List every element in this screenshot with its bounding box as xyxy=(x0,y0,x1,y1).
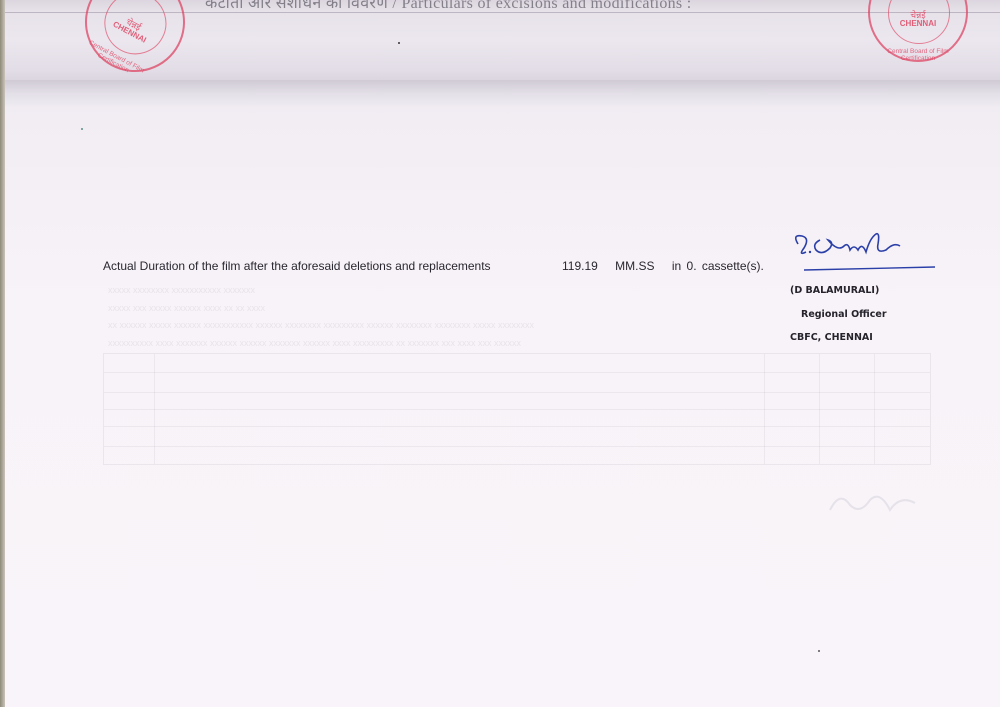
duration-value-line: 119.19 MM.SS in 0. cassette(s). xyxy=(562,259,776,273)
scan-speck xyxy=(818,650,820,652)
header-cutoff-text: कटौती और संशोधन का विवरण / Particulars o… xyxy=(205,0,855,13)
show-through-text: xxxxx xxx xxxxx xxxxxx xxxx xx xx xxxx xyxy=(108,303,265,313)
show-through-text: xxxxxxxxxx xxxx xxxxxxx xxxxxx xxxxxx xx… xyxy=(108,338,521,348)
officer-signature xyxy=(790,230,940,278)
show-through-table xyxy=(103,353,931,465)
cbfc-stamp-right: चेन्नई CHENNAI Central Board of Film Cer… xyxy=(868,0,968,62)
cassette-text: in 0. cassette(s). xyxy=(672,259,764,273)
signatory-office: CBFC, CHENNAI xyxy=(790,332,873,343)
stamp-ring-text: Central Board of Film Certification xyxy=(870,48,966,62)
signatory-name: (D BALAMURALI) xyxy=(790,285,879,296)
duration-unit: MM.SS xyxy=(615,259,654,273)
stamp-city-text: CHENNAI xyxy=(870,19,966,28)
show-through-text: xxxxx xxxxxxxx xxxxxxxxxxx xxxxxxx xyxy=(108,285,255,295)
scan-speck xyxy=(81,128,83,130)
duration-value: 119.19 xyxy=(562,259,598,273)
show-through-signature xyxy=(825,485,925,525)
duration-label: Actual Duration of the film after the af… xyxy=(103,259,491,273)
show-through-text: xx xxxxxx xxxxx xxxxxx xxxxxxxxxxx xxxxx… xyxy=(108,320,534,330)
scanned-page: कटौती और संशोधन का विवरण / Particulars o… xyxy=(0,0,1000,707)
scan-speck xyxy=(398,42,400,44)
signatory-title: Regional Officer xyxy=(801,309,887,320)
